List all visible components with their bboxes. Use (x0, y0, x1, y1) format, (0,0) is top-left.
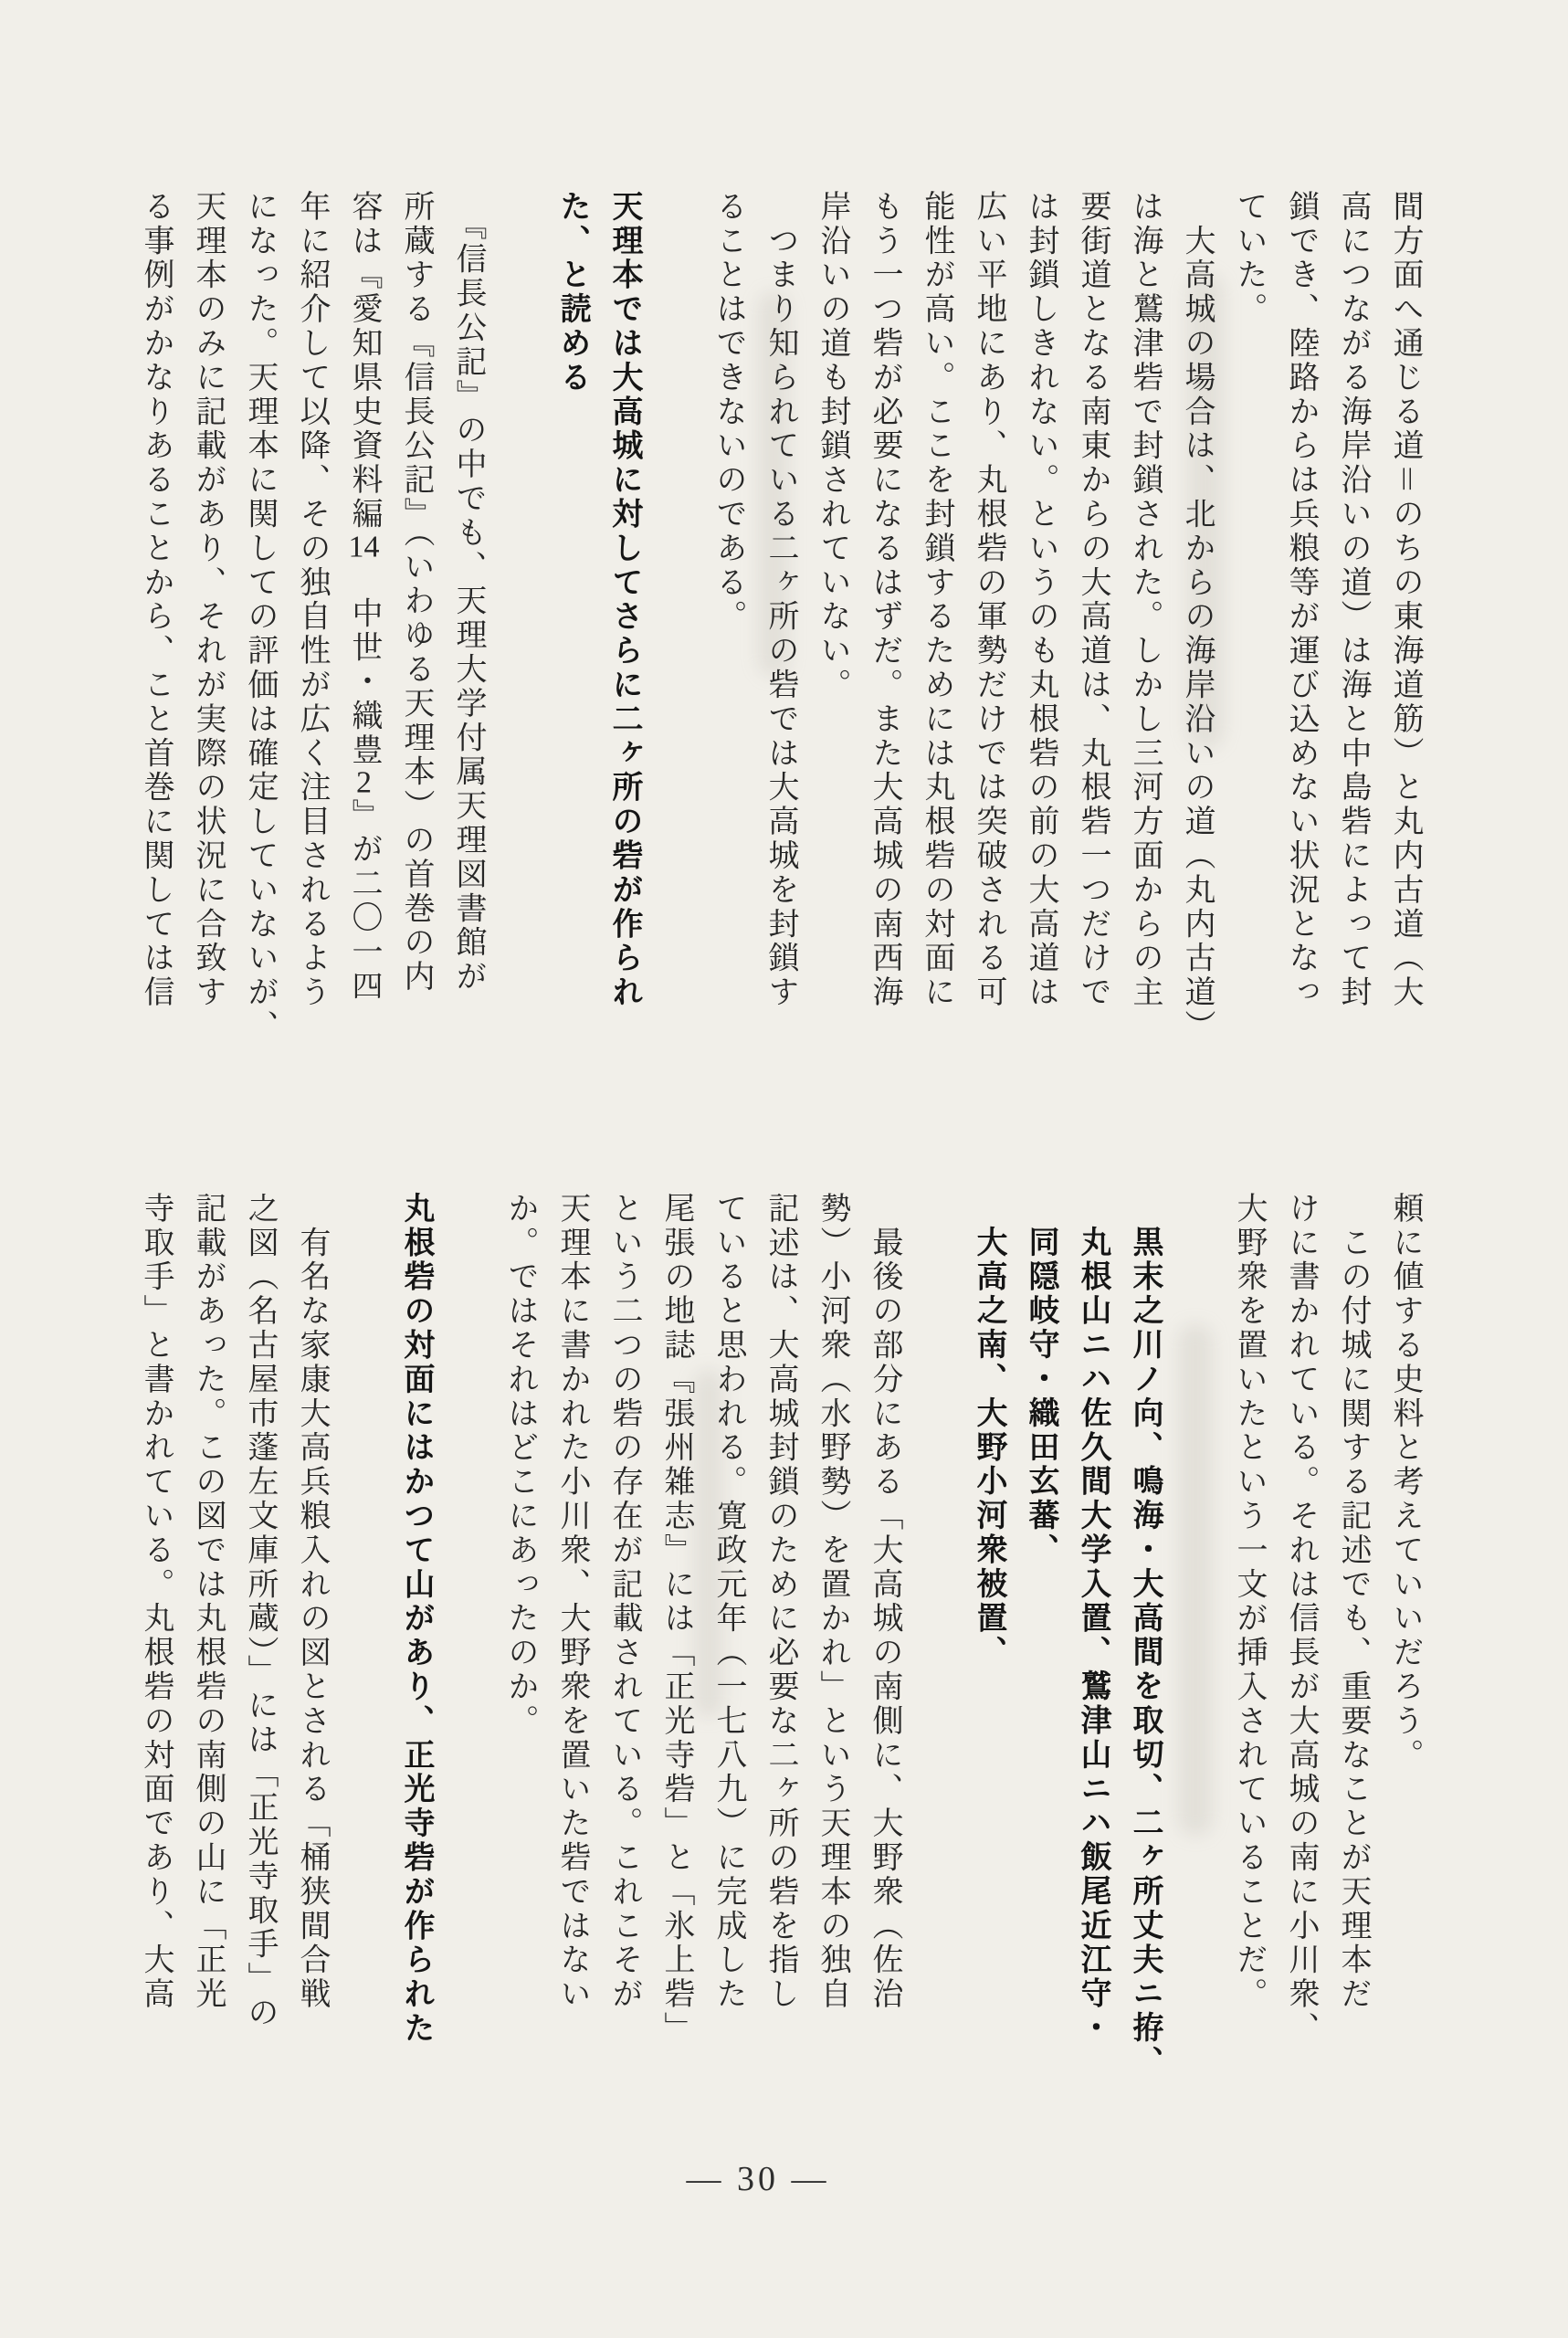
text-line: 記述は、大高城封鎖のために必要な二ヶ所の砦を指し (754, 1192, 806, 2055)
text-line: 容は『愛知県史資料編14 中世・織豊2』が二〇一四 (338, 190, 390, 1048)
text-line: ることはできないのである。 (702, 190, 754, 1048)
text-line: 鎖でき、陸路からは兵粮等が運び込めない状況となっ (1275, 190, 1327, 1048)
scanned-book-page: { "page": { "paper_color": "#f1efe9", "i… (0, 0, 1568, 2338)
heading-line: た、と読める (546, 190, 598, 1048)
text-line: ていると思われる。寛政元年（一七八九）に完成した (702, 1192, 754, 2055)
heading-line: 天理本では大高城に対してさらに二ヶ所の砦が作られ (598, 190, 650, 1048)
text-line: は海と鷲津砦で封鎖された。しかし三河方面からの主 (1119, 190, 1171, 1048)
text-line: になった。天理本に関しての評価は確定していないが、 (234, 190, 286, 1048)
page-number: — 30 — (687, 2160, 830, 2198)
text-line: 要街道となる南東からの大高道は、丸根砦一つだけで (1067, 190, 1119, 1048)
quoted-text-line: 同隠岐守・織田玄蕃、 (1015, 1192, 1067, 2055)
upper-text-block: 間方面へ通じる道＝のちの東海道筋）と丸内古道（大高につながる海岸沿いの道）は海と… (130, 190, 1431, 1048)
text-line: 大野衆を置いたという一文が挿入されていることだ。 (1223, 1192, 1275, 2055)
text-line: 所蔵する『信長公記』（いわゆる天理本）の首巻の内 (390, 190, 442, 1048)
text-line: 尾張の地誌『張州雑志』には「正光寺砦」と「氷上砦」 (650, 1192, 702, 2055)
text-line: 天理本に書かれた小川衆、大野衆を置いた砦ではない (546, 1192, 598, 2055)
text-line: る事例がかなりあることから、こと首巻に関しては信 (130, 190, 182, 1048)
quoted-text-line: 丸根山ニハ佐久間大学入置、鷲津山ニハ飯尾近江守・ (1067, 1192, 1119, 2055)
text-line: 大高城の場合は、北からの海岸沿いの道（丸内古道） (1171, 190, 1223, 1048)
text-line: つまり知られている二ヶ所の砦では大高城を封鎖す (754, 190, 806, 1048)
text-line: は封鎖しきれない。というのも丸根砦の前の大高道は (1015, 190, 1067, 1048)
text-line: 頼に値する史料と考えていいだろう。 (1379, 1192, 1431, 2055)
text-line: もう一つ砦が必要になるはずだ。また大高城の南西海 (858, 190, 910, 1048)
quoted-text-line: 黒末之川ノ向、鳴海・大高間を取切、二ヶ所丈夫ニ拵、 (1119, 1192, 1171, 2055)
text-line: ていた。 (1223, 190, 1275, 1048)
text-line: 天理本のみに記載があり、それが実際の状況に合致す (182, 190, 234, 1048)
text-line: 能性が高い。ここを封鎖するためには丸根砦の対面に (910, 190, 963, 1048)
text-line: 間方面へ通じる道＝のちの東海道筋）と丸内古道（大 (1379, 190, 1431, 1048)
text-line: という二つの砦の存在が記載されている。これこそが (598, 1192, 650, 2055)
text-line: 岸沿いの道も封鎖されていない。 (806, 190, 858, 1048)
text-line: 有名な家康大高兵粮入れの図とされる「桶狭間合戦 (286, 1192, 338, 2055)
quoted-text-line: 大高之南、大野小河衆被置、 (963, 1192, 1015, 2055)
text-line: か。ではそれはどこにあったのか。 (494, 1192, 546, 2055)
text-line: 寺取手」と書かれている。丸根砦の対面であり、大高 (130, 1192, 182, 2055)
text-line: この付城に関する記述でも、重要なことが天理本だ (1327, 1192, 1379, 2055)
text-line: 記載があった。この図では丸根砦の南側の山に「正光 (182, 1192, 234, 2055)
page-footer: — 30 — (0, 2159, 1516, 2199)
text-line: 之図（名古屋市蓬左文庫所蔵）」には「正光寺取手」の (234, 1192, 286, 2055)
text-line: 年に紹介して以降、その独自性が広く注目されるよう (286, 190, 338, 1048)
text-line: けに書かれている。それは信長が大高城の南に小川衆、 (1275, 1192, 1327, 2055)
text-line: 『信長公記』の中でも、天理大学付属天理図書館が (442, 190, 494, 1048)
text-line: 高につながる海岸沿いの道）は海と中島砦によって封 (1327, 190, 1379, 1048)
text-line: 最後の部分にある「大高城の南側に、大野衆（佐治 (858, 1192, 910, 2055)
lower-text-block: 頼に値する史料と考えていいだろう。 この付城に関する記述でも、重要なことが天理本… (130, 1192, 1431, 2055)
text-line: 勢）小河衆（水野勢）を置かれ」という天理本の独自 (806, 1192, 858, 2055)
text-line: 広い平地にあり、丸根砦の軍勢だけでは突破される可 (963, 190, 1015, 1048)
heading-line: 丸根砦の対面にはかつて山があり、正光寺砦が作られた (390, 1192, 442, 2055)
